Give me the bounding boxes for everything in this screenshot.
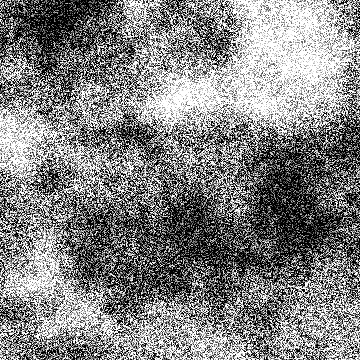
grunge-texture-image	[0, 0, 360, 360]
noise-canvas	[0, 0, 360, 360]
